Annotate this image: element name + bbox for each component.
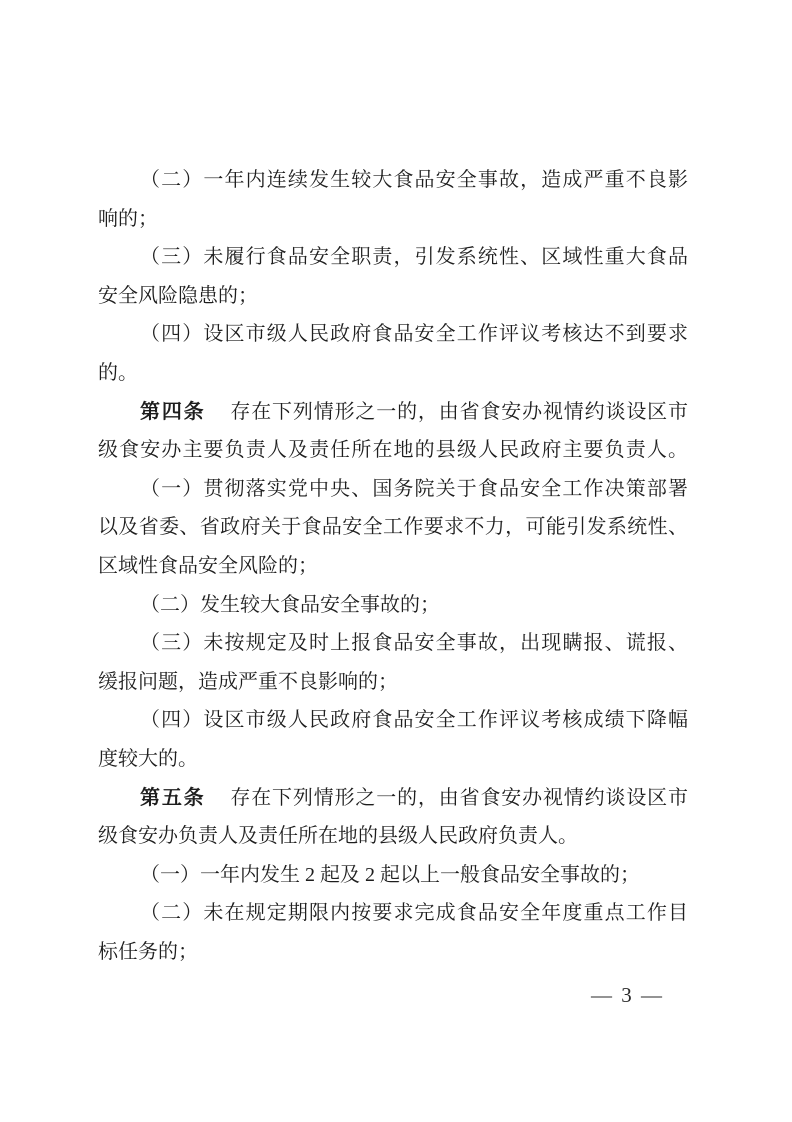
text-line: 级食安办主要负责人及责任所在地的县级人民政府主要负责人。 bbox=[98, 431, 688, 470]
article-number: 第四条 bbox=[140, 401, 206, 423]
text-line: （一）一年内发生 2 起及 2 起以上一般食品安全事故的； bbox=[98, 856, 688, 895]
text-line: （二）一年内连续发生较大食品安全事故，造成严重不良影 bbox=[98, 161, 688, 200]
text-line: （一）贯彻落实党中央、国务院关于食品安全工作决策部署 bbox=[98, 470, 688, 509]
text-line: 标任务的； bbox=[98, 933, 688, 972]
text-line: （四）设区市级人民政府食品安全工作评议考核达不到要求 bbox=[98, 315, 688, 354]
text-line: 的。 bbox=[98, 354, 688, 393]
page-number: — 3 — bbox=[591, 981, 664, 1009]
text-line: （二）未在规定期限内按要求完成食品安全年度重点工作目 bbox=[98, 894, 688, 933]
text-line: 级食安办负责人及责任所在地的县级人民政府负责人。 bbox=[98, 817, 688, 856]
document-body: （二）一年内连续发生较大食品安全事故，造成严重不良影响的；（三）未履行食品安全职… bbox=[98, 161, 688, 971]
text-line: （三）未履行食品安全职责，引发系统性、区域性重大食品 bbox=[98, 238, 688, 277]
text-line: 安全风险隐患的； bbox=[98, 277, 688, 316]
text-line: （四）设区市级人民政府食品安全工作评议考核成绩下降幅 bbox=[98, 701, 688, 740]
text-line: 第四条存在下列情形之一的，由省食安办视情约谈设区市 bbox=[98, 393, 688, 432]
line-text: 存在下列情形之一的，由省食安办视情约谈设区市 bbox=[230, 787, 688, 809]
line-text: 存在下列情形之一的，由省食安办视情约谈设区市 bbox=[230, 401, 688, 423]
text-line: 度较大的。 bbox=[98, 740, 688, 779]
text-line: 响的； bbox=[98, 200, 688, 239]
text-line: 以及省委、省政府关于食品安全工作要求不力，可能引发系统性、 bbox=[98, 508, 688, 547]
text-line: 区域性食品安全风险的； bbox=[98, 547, 688, 586]
text-line: 第五条存在下列情形之一的，由省食安办视情约谈设区市 bbox=[98, 779, 688, 818]
article-number: 第五条 bbox=[140, 787, 206, 809]
text-line: （三）未按规定及时上报食品安全事故，出现瞒报、谎报、 bbox=[98, 624, 688, 663]
text-line: （二）发生较大食品安全事故的； bbox=[98, 586, 688, 625]
text-line: 缓报问题，造成严重不良影响的； bbox=[98, 663, 688, 702]
scanned-document-page: （二）一年内连续发生较大食品安全事故，造成严重不良影响的；（三）未履行食品安全职… bbox=[0, 0, 792, 1122]
